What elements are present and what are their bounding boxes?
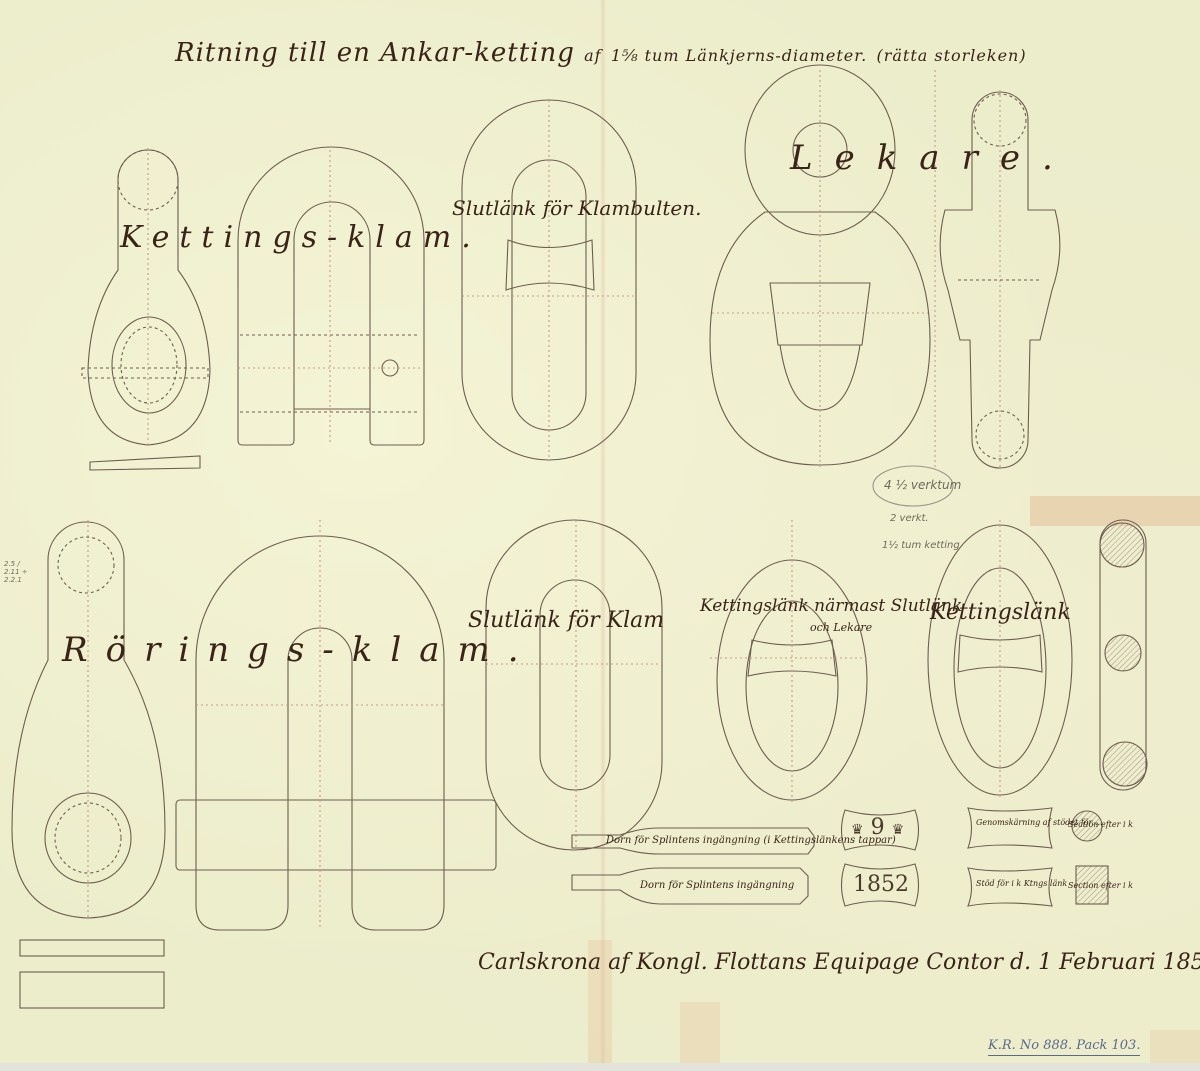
label-roringsklam: Rörings-klam. bbox=[62, 630, 537, 670]
title-main: Ritning till en Ankar-ketting bbox=[175, 38, 575, 68]
label-stud-2: Stöd för i k Ktngs länk bbox=[976, 879, 1067, 888]
label-line1: Kettingslänk närmast Slutlänk bbox=[700, 596, 962, 616]
pencil-note-paren: 2 verkt. bbox=[890, 513, 929, 524]
signature-line: Carlskrona af Kongl. Flottans Equipage C… bbox=[478, 950, 1200, 975]
label-slutlank-klambulten: Slutlänk för Klambulten. bbox=[452, 196, 701, 220]
plate-number-text: 9 bbox=[871, 815, 885, 840]
crown-icon: ♛ bbox=[851, 822, 864, 838]
kettingslank-link bbox=[928, 520, 1072, 800]
roringsklam-bolt bbox=[12, 520, 165, 1008]
plate-year: 1852 bbox=[853, 872, 909, 897]
kettingsklam-bolt bbox=[82, 148, 210, 470]
title-note: (rätta storleken) bbox=[876, 46, 1026, 65]
roringsklam-shackle bbox=[176, 520, 496, 930]
label-kettingslank: Kettingslänk bbox=[930, 600, 1071, 625]
drawing-sheet: Ritning till en Ankar-ketting af 1⅝ tum … bbox=[0, 0, 1200, 1071]
slutlank-klambulten-link bbox=[462, 100, 636, 460]
plate-number: ♛ 9 ♛ bbox=[851, 815, 904, 840]
scan-edge bbox=[0, 1063, 1200, 1071]
title-suffix: af bbox=[584, 46, 601, 65]
kettingsklam-shackle bbox=[238, 147, 424, 445]
pencil-note-oval: 4 ½ verktum bbox=[884, 478, 961, 492]
slutlank-klam-link bbox=[486, 520, 662, 850]
lekare-swivel-front bbox=[710, 65, 935, 470]
label-slutlank-klam: Slutlänk för Klam bbox=[468, 608, 664, 633]
title-detail: 1⅝ tum Länkjerns-diameter. bbox=[611, 46, 867, 65]
kettingslank-narmast-link bbox=[710, 520, 870, 805]
label-lekare: Lekare. bbox=[790, 138, 1075, 178]
drawing-title: Ritning till en Ankar-ketting af 1⅝ tum … bbox=[175, 38, 1027, 68]
pencil-margin-note: 2.5 / 2.11 ÷ 2.2.1 bbox=[4, 560, 34, 584]
label-line2: och Lekare bbox=[700, 621, 872, 634]
crown-icon: ♛ bbox=[892, 822, 905, 838]
label-pin-2: Dorn för Splintens ingängning bbox=[640, 880, 794, 891]
label-kettingslank-narmast: Kettingslänk närmast Slutlänk och Lekare bbox=[700, 596, 962, 636]
pencil-note: 1½ tum ketting bbox=[882, 540, 960, 551]
label-kettingsklam: Kettings-klam. bbox=[120, 220, 481, 255]
archive-mark: K.R. No 888. Pack 103. bbox=[988, 1038, 1140, 1056]
label-stud-2-section: Section efter i k bbox=[1068, 881, 1133, 890]
label-stud-1-section: Section efter i k bbox=[1068, 820, 1133, 829]
